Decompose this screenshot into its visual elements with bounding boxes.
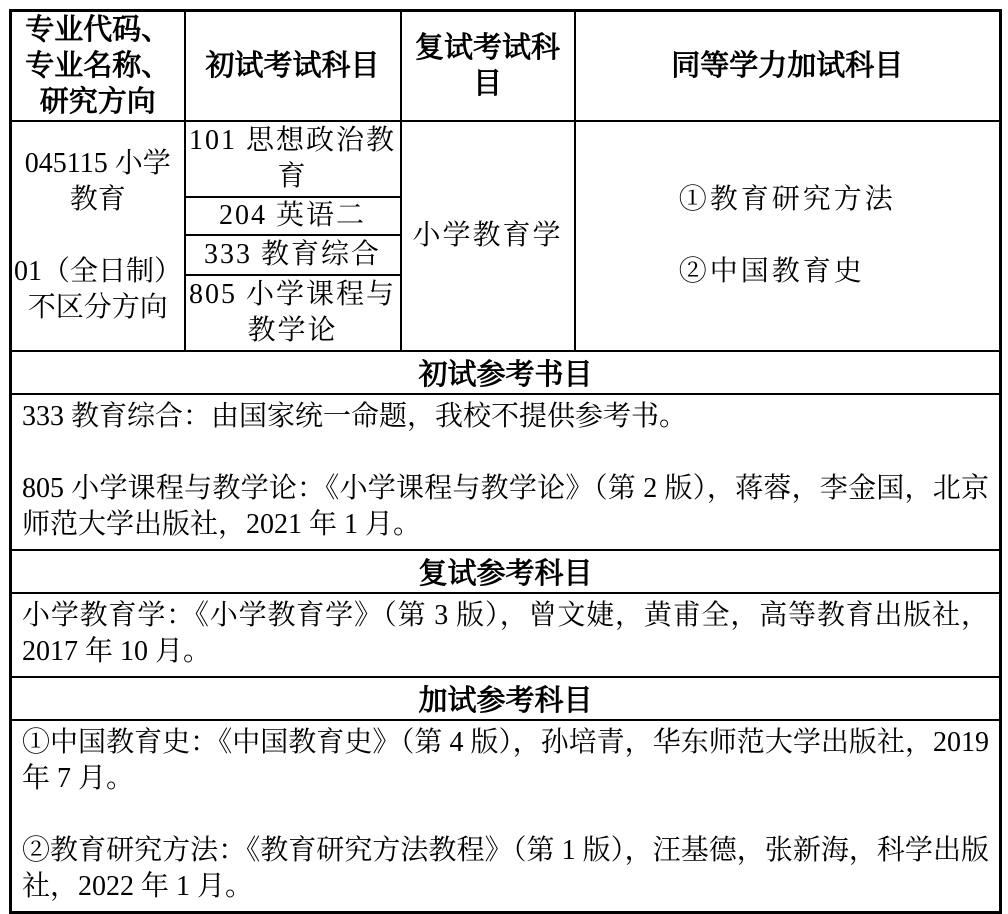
section-title-retest-refs: 复试参考科目 [11, 550, 1001, 593]
additional-refs-paragraph-1: ①中国教育史：《中国教育史》（第 4 版），孙培青，华东师范大学出版社，2019… [22, 725, 989, 797]
program-spacer [14, 218, 182, 254]
header-cell-program: 专业代码、专业名称、研究方向 [11, 11, 185, 122]
cell-initial-subject-333: 333 教育综合 [185, 235, 401, 275]
program-direction-line1: 01（全日制） [14, 254, 182, 290]
initial-refs-paragraph-1: 333 教育综合：由国家统一命题，我校不提供参考书。 [22, 399, 989, 435]
section-row-initial-refs-body: 333 教育综合：由国家统一命题，我校不提供参考书。 805 小学课程与教学论：… [11, 394, 1001, 550]
cell-initial-subject-805: 805 小学课程与教学论 [185, 275, 401, 351]
header-cell-initial-exam: 初试考试科目 [185, 11, 401, 122]
cell-equivalent-subjects: ①教育研究方法 ②中国教育史 [575, 121, 1001, 351]
section-title-initial-refs: 初试参考书目 [11, 351, 1001, 394]
cell-initial-subject-101: 101 思想政治教育 [185, 121, 401, 197]
cell-program-info: 045115 小学教育 01（全日制） 不区分方向 [11, 121, 185, 351]
additional-refs-paragraph-2: ②教育研究方法：《教育研究方法教程》（第 1 版），汪基德，张新海，科学出版社，… [22, 833, 989, 893]
program-code-name: 045115 小学教育 [14, 146, 182, 218]
header-cell-equivalent-exam: 同等学力加试科目 [575, 11, 1001, 122]
equivalent-spacer [679, 218, 896, 254]
section-row-additional-refs-body: ①中国教育史：《中国教育史》（第 4 版），孙培青，华东师范大学出版社，2019… [11, 720, 1001, 893]
section-row-additional-refs-title: 加试参考科目 [11, 677, 1001, 720]
section-body-retest-refs: 小学教育学：《小学教育学》（第 3 版），曾文婕，黄甫全，高等教育出版社，201… [11, 593, 1001, 677]
section-body-additional-refs: ①中国教育史：《中国教育史》（第 4 版），孙培青，华东师范大学出版社，2019… [11, 720, 1001, 893]
equivalent-subject-1: ①教育研究方法 [679, 182, 896, 218]
initial-refs-paragraph-2: 805 小学课程与教学论：《小学课程与教学论》（第 2 版），蒋蓉，李金国，北京… [22, 471, 989, 543]
table-body-row-1: 045115 小学教育 01（全日制） 不区分方向 101 思想政治教育 小学教… [11, 121, 1001, 197]
equivalent-subjects-block: ①教育研究方法 ②中国教育史 [679, 182, 896, 290]
section-row-initial-refs-title: 初试参考书目 [11, 351, 1001, 394]
section-title-additional-refs: 加试参考科目 [11, 677, 1001, 720]
section-row-retest-refs-title: 复试参考科目 [11, 550, 1001, 593]
retest-refs-paragraph-1: 小学教育学：《小学教育学》（第 3 版），曾文婕，黄甫全，高等教育出版社，201… [22, 598, 989, 670]
section-body-initial-refs: 333 教育综合：由国家统一命题，我校不提供参考书。 805 小学课程与教学论：… [11, 394, 1001, 550]
table-header-row: 专业代码、专业名称、研究方向 初试考试科目 复试考试科目 同等学力加试科目 [11, 11, 1001, 122]
cell-initial-subject-204: 204 英语二 [185, 197, 401, 235]
admission-subjects-table: 专业代码、专业名称、研究方向 初试考试科目 复试考试科目 同等学力加试科目 04… [9, 9, 1002, 893]
cell-retest-subject: 小学教育学 [401, 121, 575, 351]
header-cell-retest-exam: 复试考试科目 [401, 11, 575, 122]
section-row-retest-refs-body: 小学教育学：《小学教育学》（第 3 版），曾文婕，黄甫全，高等教育出版社，201… [11, 593, 1001, 677]
program-direction-line2: 不区分方向 [14, 290, 182, 326]
equivalent-subject-2: ②中国教育史 [679, 254, 896, 290]
